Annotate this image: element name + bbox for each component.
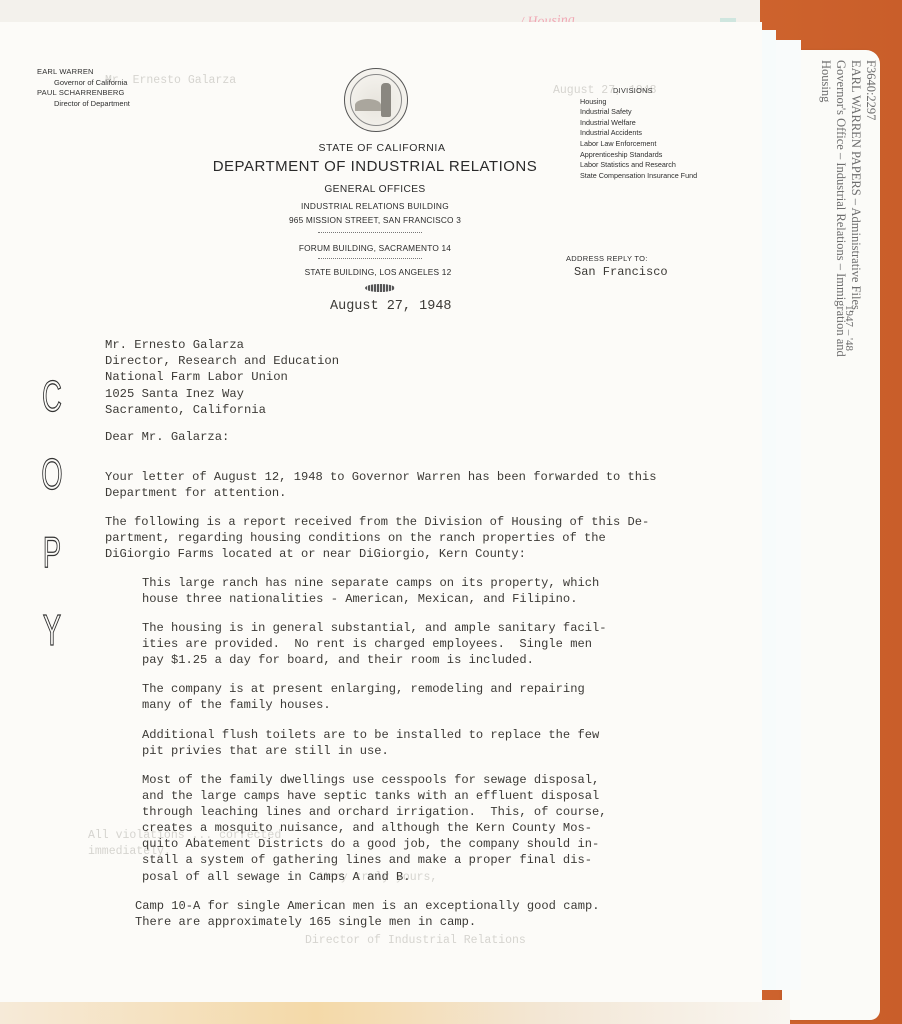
- letterhead-street: 965 MISSION STREET, SAN FRANCISCO 3: [0, 215, 750, 225]
- quoted-paragraph: The company is at present enlarging, rem…: [142, 681, 585, 713]
- quoted-paragraph: Additional flush toilets are to be insta…: [142, 727, 599, 759]
- quoted-paragraph: Most of the family dwellings use cesspoo…: [142, 772, 606, 885]
- address-reply-label: ADDRESS REPLY TO:: [566, 254, 648, 263]
- stamp-letter: Y: [41, 592, 63, 670]
- recipient-line: Mr. Ernesto Galarza: [105, 337, 339, 353]
- letter-date: August 27, 1948: [330, 299, 452, 314]
- letterhead-forum: FORUM BUILDING, SACRAMENTO 14: [0, 243, 750, 253]
- recipient-line: Director, Research and Education: [105, 353, 339, 369]
- folder-subject: Housing: [818, 60, 833, 360]
- letterhead-building: INDUSTRIAL RELATIONS BUILDING: [0, 201, 750, 211]
- salutation: Dear Mr. Galarza:: [105, 430, 229, 444]
- paragraph: Your letter of August 12, 1948 to Govern…: [105, 469, 657, 501]
- division-item: Industrial Accidents: [580, 128, 697, 139]
- division-item: Apprenticeship Standards: [580, 150, 697, 161]
- quoted-paragraph: The housing is in general substantial, a…: [142, 620, 606, 668]
- division-item: State Compensation Insurance Fund: [580, 171, 697, 182]
- paragraph: The following is a report received from …: [105, 514, 649, 562]
- division-item: Industrial Welfare: [580, 118, 697, 129]
- folder-years: 1947 – '48: [843, 305, 855, 351]
- letter-page: Mr. Ernesto Galarza August 27, 1948 All …: [0, 0, 762, 1002]
- division-item: Industrial Safety: [580, 107, 697, 118]
- quoted-paragraph: This large ranch has nine separate camps…: [142, 575, 599, 607]
- division-item: Housing: [580, 97, 697, 108]
- address-reply-value: San Francisco: [574, 265, 668, 279]
- stamp-letter: O: [41, 436, 63, 514]
- division-item: Labor Law Enforcement: [580, 139, 697, 150]
- stamp-letter: C: [41, 358, 63, 436]
- divisions-heading: DIVISIONS: [580, 86, 697, 97]
- folder-label: F3640:2297 EARL WARREN PAPERS – Administ…: [800, 60, 880, 360]
- copy-stamp: C O P Y: [34, 358, 70, 670]
- ornament-icon: [365, 284, 395, 292]
- officials-block: EARL WARREN Governor of California PAUL …: [37, 67, 130, 109]
- state-seal-icon: [344, 68, 408, 132]
- seal-figure: [381, 83, 391, 117]
- seal-hills: [355, 99, 381, 111]
- stamp-letter: P: [41, 514, 63, 592]
- letterhead-general-offices: GENERAL OFFICES: [0, 184, 750, 195]
- quoted-paragraph: Camp 10-A for single American men is an …: [135, 898, 599, 930]
- official-name: EARL WARREN: [37, 67, 130, 78]
- official-title: Director of Department: [37, 99, 130, 110]
- folder-id: F3640:2297: [863, 60, 878, 360]
- divider: [318, 232, 422, 233]
- bleed-through-text: Director of Industrial Relations: [305, 933, 526, 949]
- paper-bottom-edge: [0, 1000, 790, 1024]
- recipient-line: 1025 Santa Inez Way: [105, 386, 339, 402]
- divider: [318, 258, 422, 259]
- recipient-address: Mr. Ernesto Galarza Director, Research a…: [105, 337, 339, 418]
- recipient-line: Sacramento, California: [105, 402, 339, 418]
- recipient-line: National Farm Labor Union: [105, 369, 339, 385]
- official-title: Governor of California: [37, 78, 130, 89]
- divisions-list: DIVISIONS Housing Industrial Safety Indu…: [580, 86, 697, 181]
- official-name: PAUL SCHARRENBERG: [37, 88, 130, 99]
- division-item: Labor Statistics and Research: [580, 160, 697, 171]
